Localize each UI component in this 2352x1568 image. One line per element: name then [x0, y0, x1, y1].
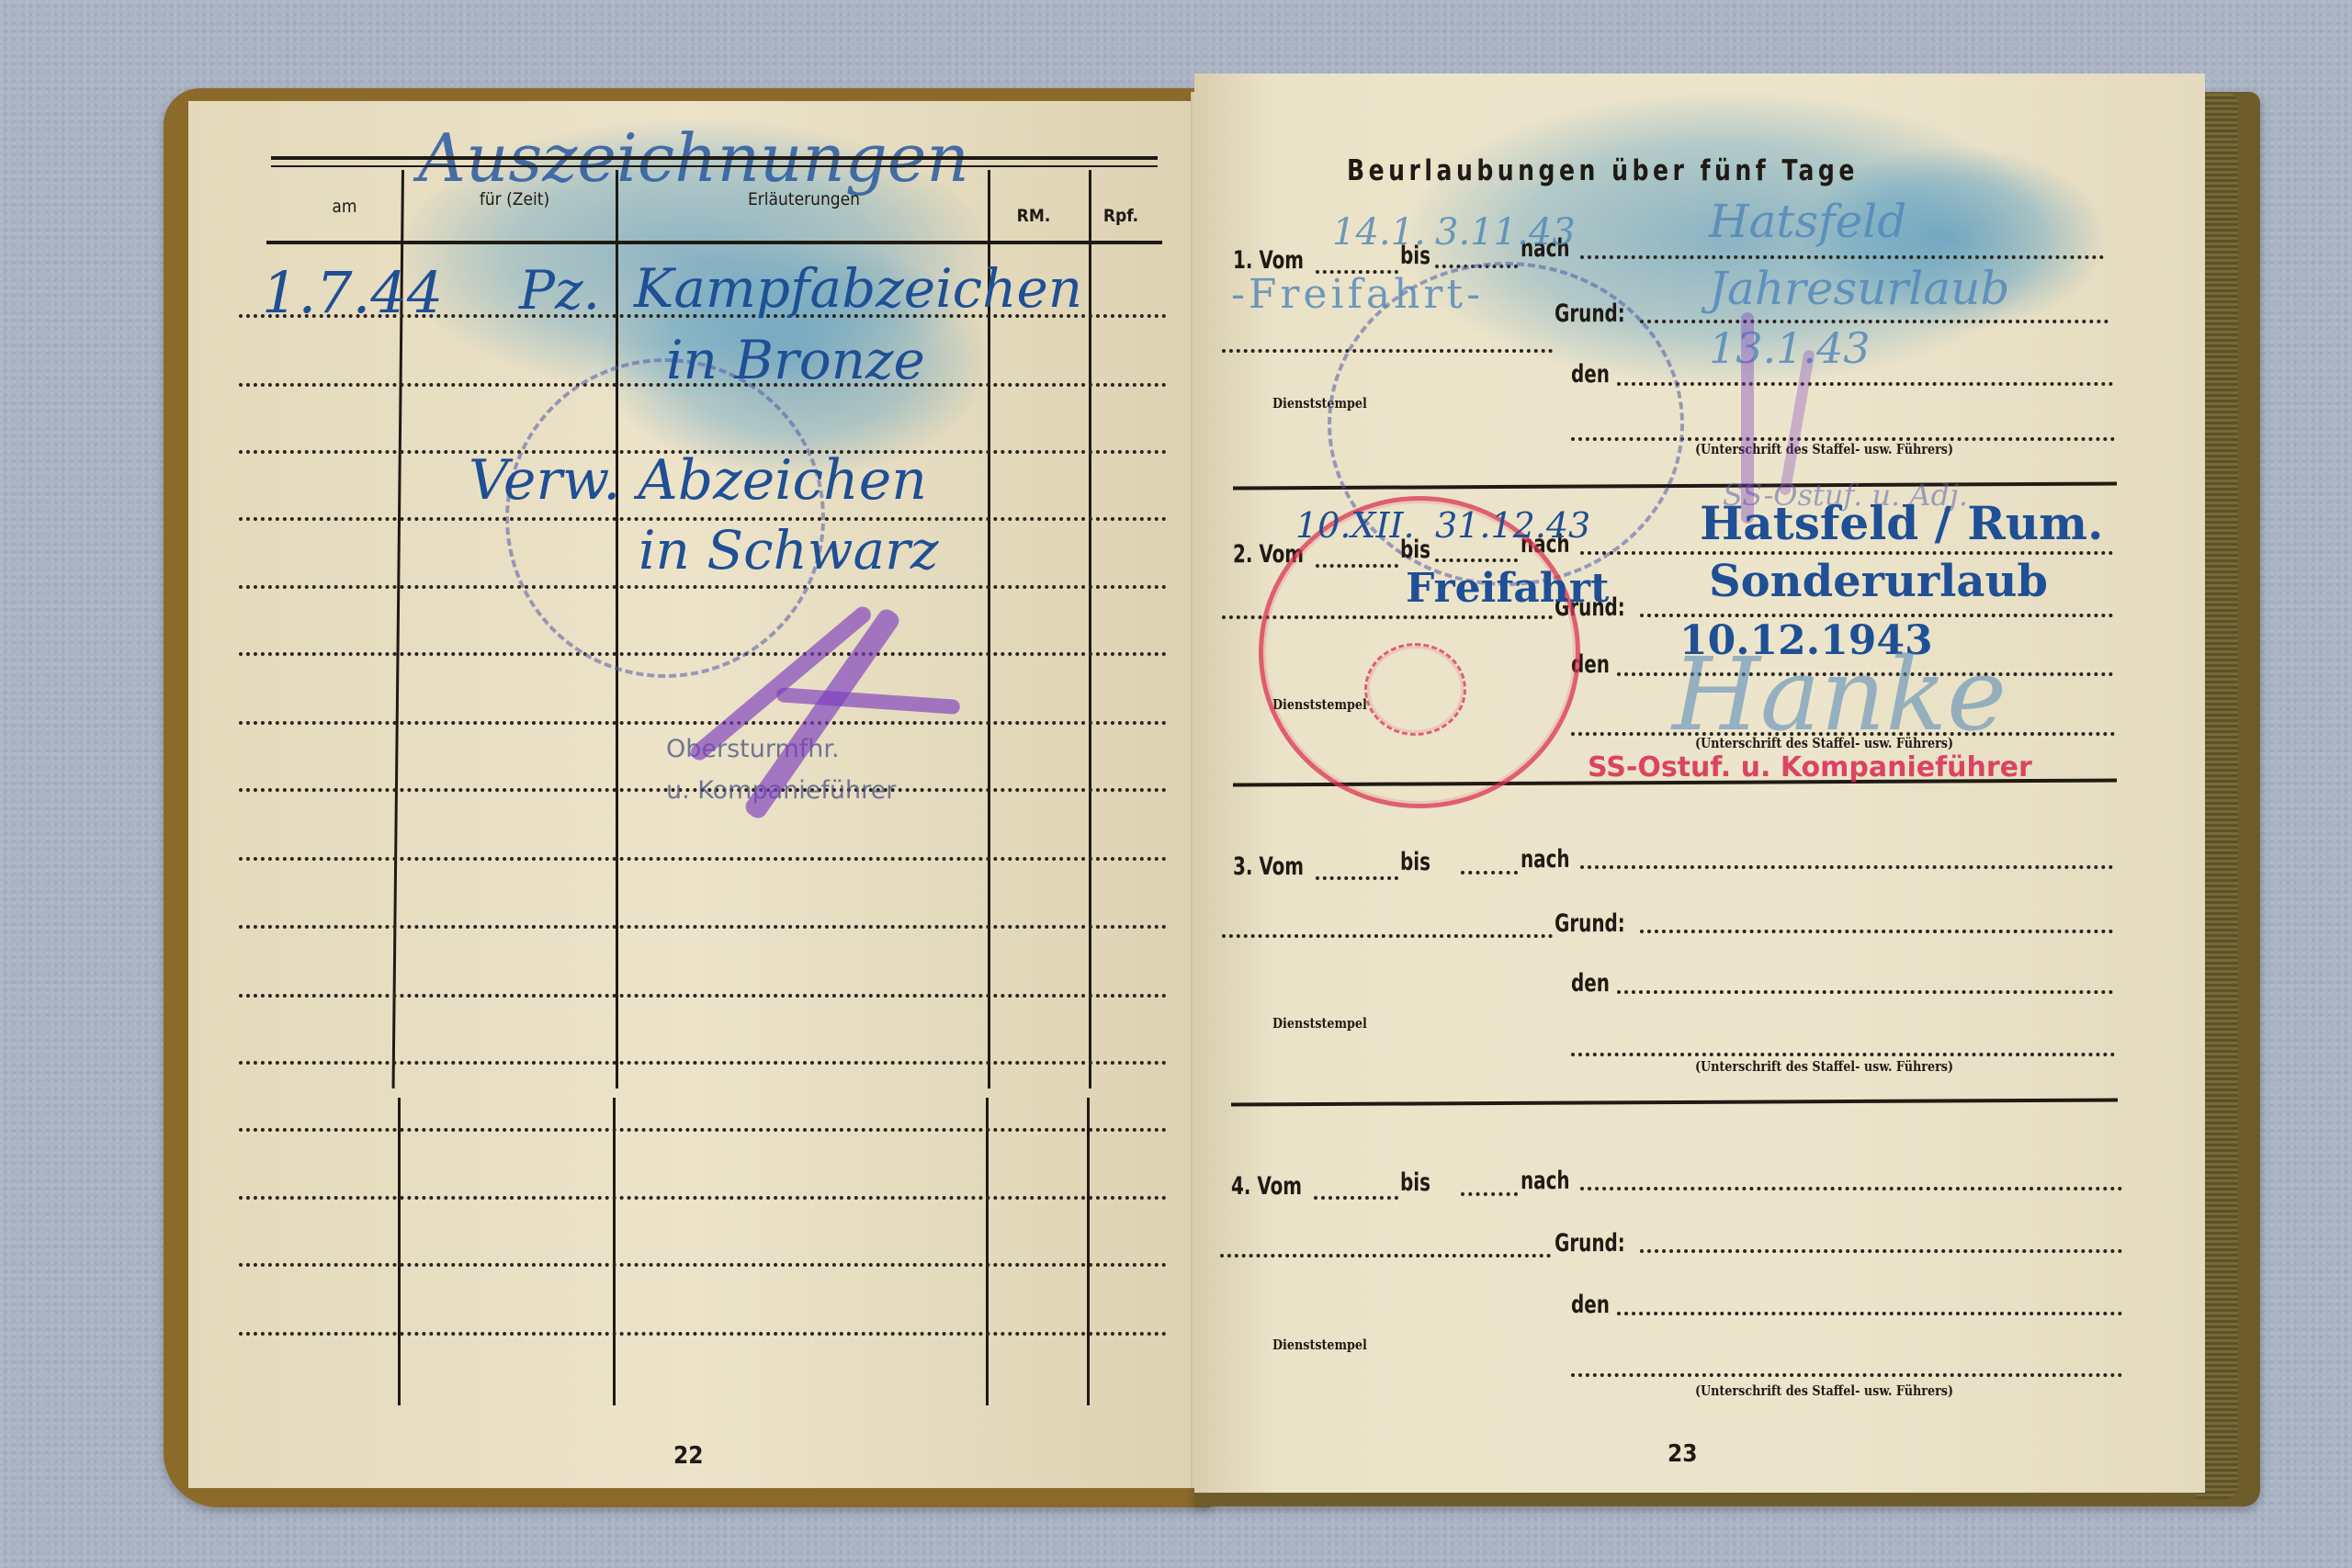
vom-field-line — [1314, 1196, 1398, 1200]
entry-2-text-line1: Verw. Abzeichen — [469, 448, 927, 513]
nach-label: nach — [1521, 1167, 1570, 1195]
bis-field-line — [1461, 1192, 1518, 1196]
grund-field-line — [1640, 1249, 2122, 1253]
column-divider-am-lower — [398, 1098, 401, 1405]
vom-field-line — [1316, 876, 1398, 880]
entry-1-text-line2: in Bronze — [666, 329, 925, 391]
nach-field-line — [1580, 551, 2113, 555]
page-number-left: 22 — [673, 1442, 704, 1470]
row-line — [239, 1332, 1167, 1336]
bis-label: bis — [1400, 848, 1430, 876]
header-fuer-zeit: für (Zeit) — [418, 189, 611, 209]
entry-1-grund: Jahresurlaub — [1709, 262, 2009, 315]
entry-1-vom: 14.1. — [1332, 211, 1426, 254]
nach-label: nach — [1521, 845, 1570, 874]
unit-stamp-blue — [505, 358, 825, 678]
nach-field-line — [1580, 865, 2113, 869]
row-line — [239, 1128, 1167, 1132]
nach-field-line — [1580, 255, 2104, 259]
row-line — [239, 857, 1167, 861]
stamp-emblem — [1364, 643, 1466, 736]
entry-4-number: 4. Vom — [1231, 1172, 1302, 1201]
entry-2-grund: Sonderurlaub — [1709, 556, 2048, 607]
extra-field-line — [1222, 934, 1553, 938]
row-line — [239, 1061, 1167, 1065]
entry-2-bis: 31.12.43 — [1435, 505, 1590, 546]
signature-field-line — [1571, 1053, 2115, 1056]
page-number-right: 23 — [1668, 1440, 1698, 1468]
header-erlaeuterungen: Erläuterungen — [620, 189, 988, 209]
dienststempel-label: Dienststempel — [1272, 1015, 1367, 1032]
grund-label: Grund: — [1555, 1229, 1625, 1258]
entry-2-vom: 10.XII. — [1295, 505, 1415, 546]
signature-caption: (Unterschrift des Staffel- usw. Führers) — [1695, 441, 1953, 457]
header-rpf: Rpf. — [1080, 206, 1162, 226]
entry-2-signature: Hanke — [1672, 636, 2007, 753]
header-rule-top-2 — [271, 165, 1158, 167]
dienststempel-label: Dienststempel — [1272, 1337, 1367, 1353]
entry-1-nach: Hatsfeld — [1709, 195, 1906, 248]
entry-1-fuer: Pz. — [519, 259, 600, 321]
nach-field-line — [1580, 1187, 2122, 1190]
den-label: den — [1571, 969, 1610, 998]
column-divider-rm-lower — [986, 1098, 989, 1405]
header-rule-top — [271, 156, 1158, 160]
bis-field-line — [1461, 871, 1518, 874]
entry-2-nach: Hatsfeld / Rum. — [1700, 496, 2103, 550]
entry-3-number: 3. Vom — [1233, 852, 1304, 881]
den-label: den — [1571, 1291, 1610, 1319]
entry-1-text-line1: Kampfabzeichen — [634, 257, 1082, 320]
column-divider-rpf — [1089, 170, 1091, 1089]
entry-1-date: 1.7.44 — [262, 259, 443, 326]
entry-2-extra: Freifahrt — [1406, 565, 1609, 612]
signature-field-line — [1571, 1373, 2122, 1377]
entry-1-extra: -Freifahrt- — [1231, 271, 1484, 318]
row-line — [239, 925, 1167, 929]
entry-2-signature-note: SS-Ostuf. u. Kompanieführer — [1588, 751, 2032, 784]
left-page: Auszeichnungen am für (Zeit) Erläuterung… — [188, 101, 1193, 1488]
row-line — [239, 721, 1167, 725]
bis-label: bis — [1400, 1168, 1430, 1197]
den-field-line — [1617, 382, 2113, 386]
page-title: Beurlaubungen über fünf Tage — [1347, 154, 1859, 187]
den-field-line — [1617, 990, 2113, 994]
signature-stroke — [1741, 312, 1754, 524]
den-field-line — [1617, 1312, 2122, 1315]
entry-2-text-line2: in Schwarz — [639, 519, 938, 581]
grund-field-line — [1640, 930, 2113, 933]
signature-caption: (Unterschrift des Staffel- usw. Führers) — [1695, 1058, 1953, 1075]
column-divider-rpf-lower — [1087, 1098, 1090, 1405]
right-page: Beurlaubungen über fünf Tage 1. Vom bis … — [1194, 73, 2205, 1493]
header-am: am — [271, 197, 418, 217]
column-divider-fuer-lower — [613, 1098, 616, 1405]
extra-field-line — [1220, 1254, 1551, 1258]
row-line — [239, 1196, 1167, 1200]
header-rm: RM. — [988, 206, 1080, 226]
entry-1-bis: 3.11.43 — [1435, 211, 1576, 254]
row-line — [239, 1263, 1167, 1267]
signature-caption: (Unterschrift des Staffel- usw. Führers) — [1695, 1382, 1953, 1399]
row-line — [239, 994, 1167, 998]
grund-label: Grund: — [1555, 909, 1625, 938]
entry-1-den: 13.1.43 — [1709, 323, 1871, 373]
entry-divider — [1231, 1098, 2118, 1106]
signature-stroke — [776, 687, 961, 715]
